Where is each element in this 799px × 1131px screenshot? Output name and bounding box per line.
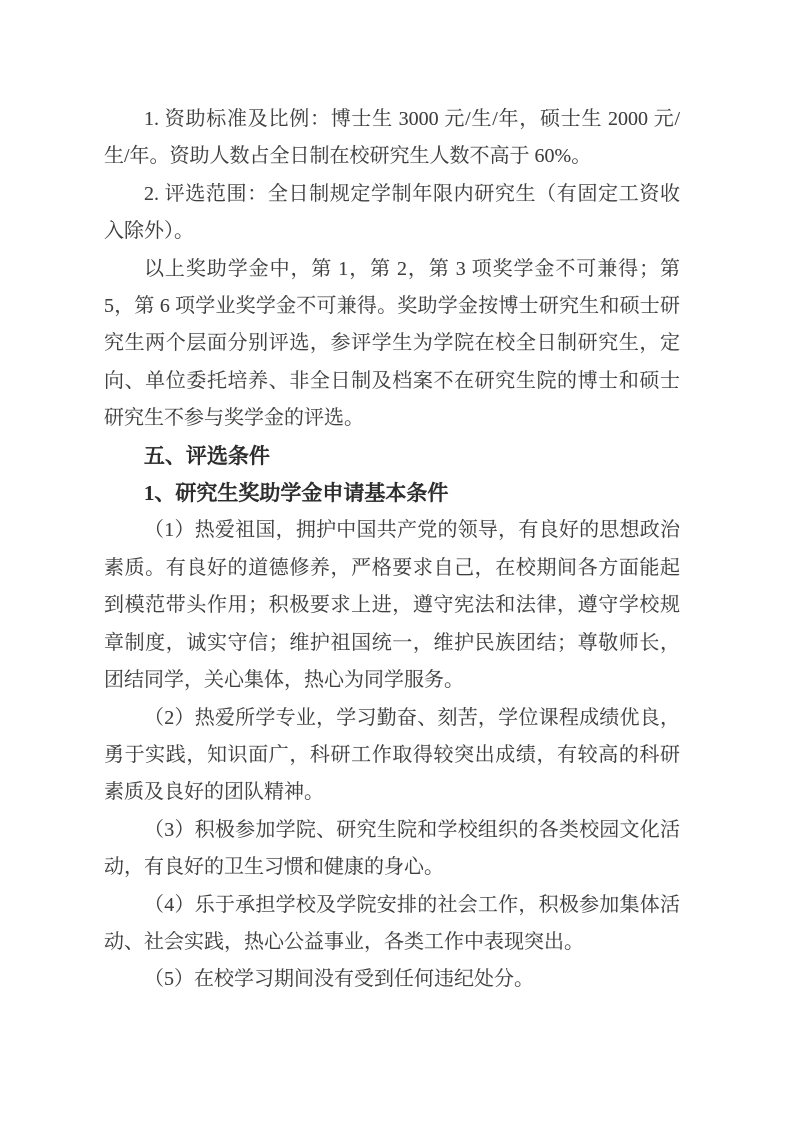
body-paragraph: （3）积极参加学院、研究生院和学校组织的各类校园文化活动，有良好的卫生习惯和健康… <box>104 812 680 887</box>
body-paragraph: （4）乐于承担学校及学院安排的社会工作，积极参加集体活动、社会实践，热心公益事业… <box>104 887 680 962</box>
body-paragraph: 2. 评选范围：全日制规定学制年限内研究生（有固定工资收入除外）。 <box>104 176 680 251</box>
body-paragraph: （5）在校学习期间没有受到任何违纪处分。 <box>104 961 680 998</box>
body-paragraph: 以上奖助学金中，第 1，第 2，第 3 项奖学金不可兼得；第 5，第 6 项学业… <box>104 251 680 438</box>
document-page: 1. 资助标准及比例：博士生 3000 元/生/年，硕士生 2000 元/生/年… <box>0 0 799 1131</box>
body-paragraph: （1）热爱祖国，拥护中国共产党的领导，有良好的思想政治素质。有良好的道德修养，严… <box>104 512 680 699</box>
body-paragraph: （2）热爱所学专业，学习勤奋、刻苦，学位课程成绩优良，勇于实践，知识面广，科研工… <box>104 700 680 812</box>
body-paragraph: 1. 资助标准及比例：博士生 3000 元/生/年，硕士生 2000 元/生/年… <box>104 101 680 176</box>
document-body: 1. 资助标准及比例：博士生 3000 元/生/年，硕士生 2000 元/生/年… <box>104 101 680 999</box>
section-heading: 1、研究生奖助学金申请基本条件 <box>104 475 680 512</box>
section-heading: 五、评选条件 <box>104 438 680 475</box>
